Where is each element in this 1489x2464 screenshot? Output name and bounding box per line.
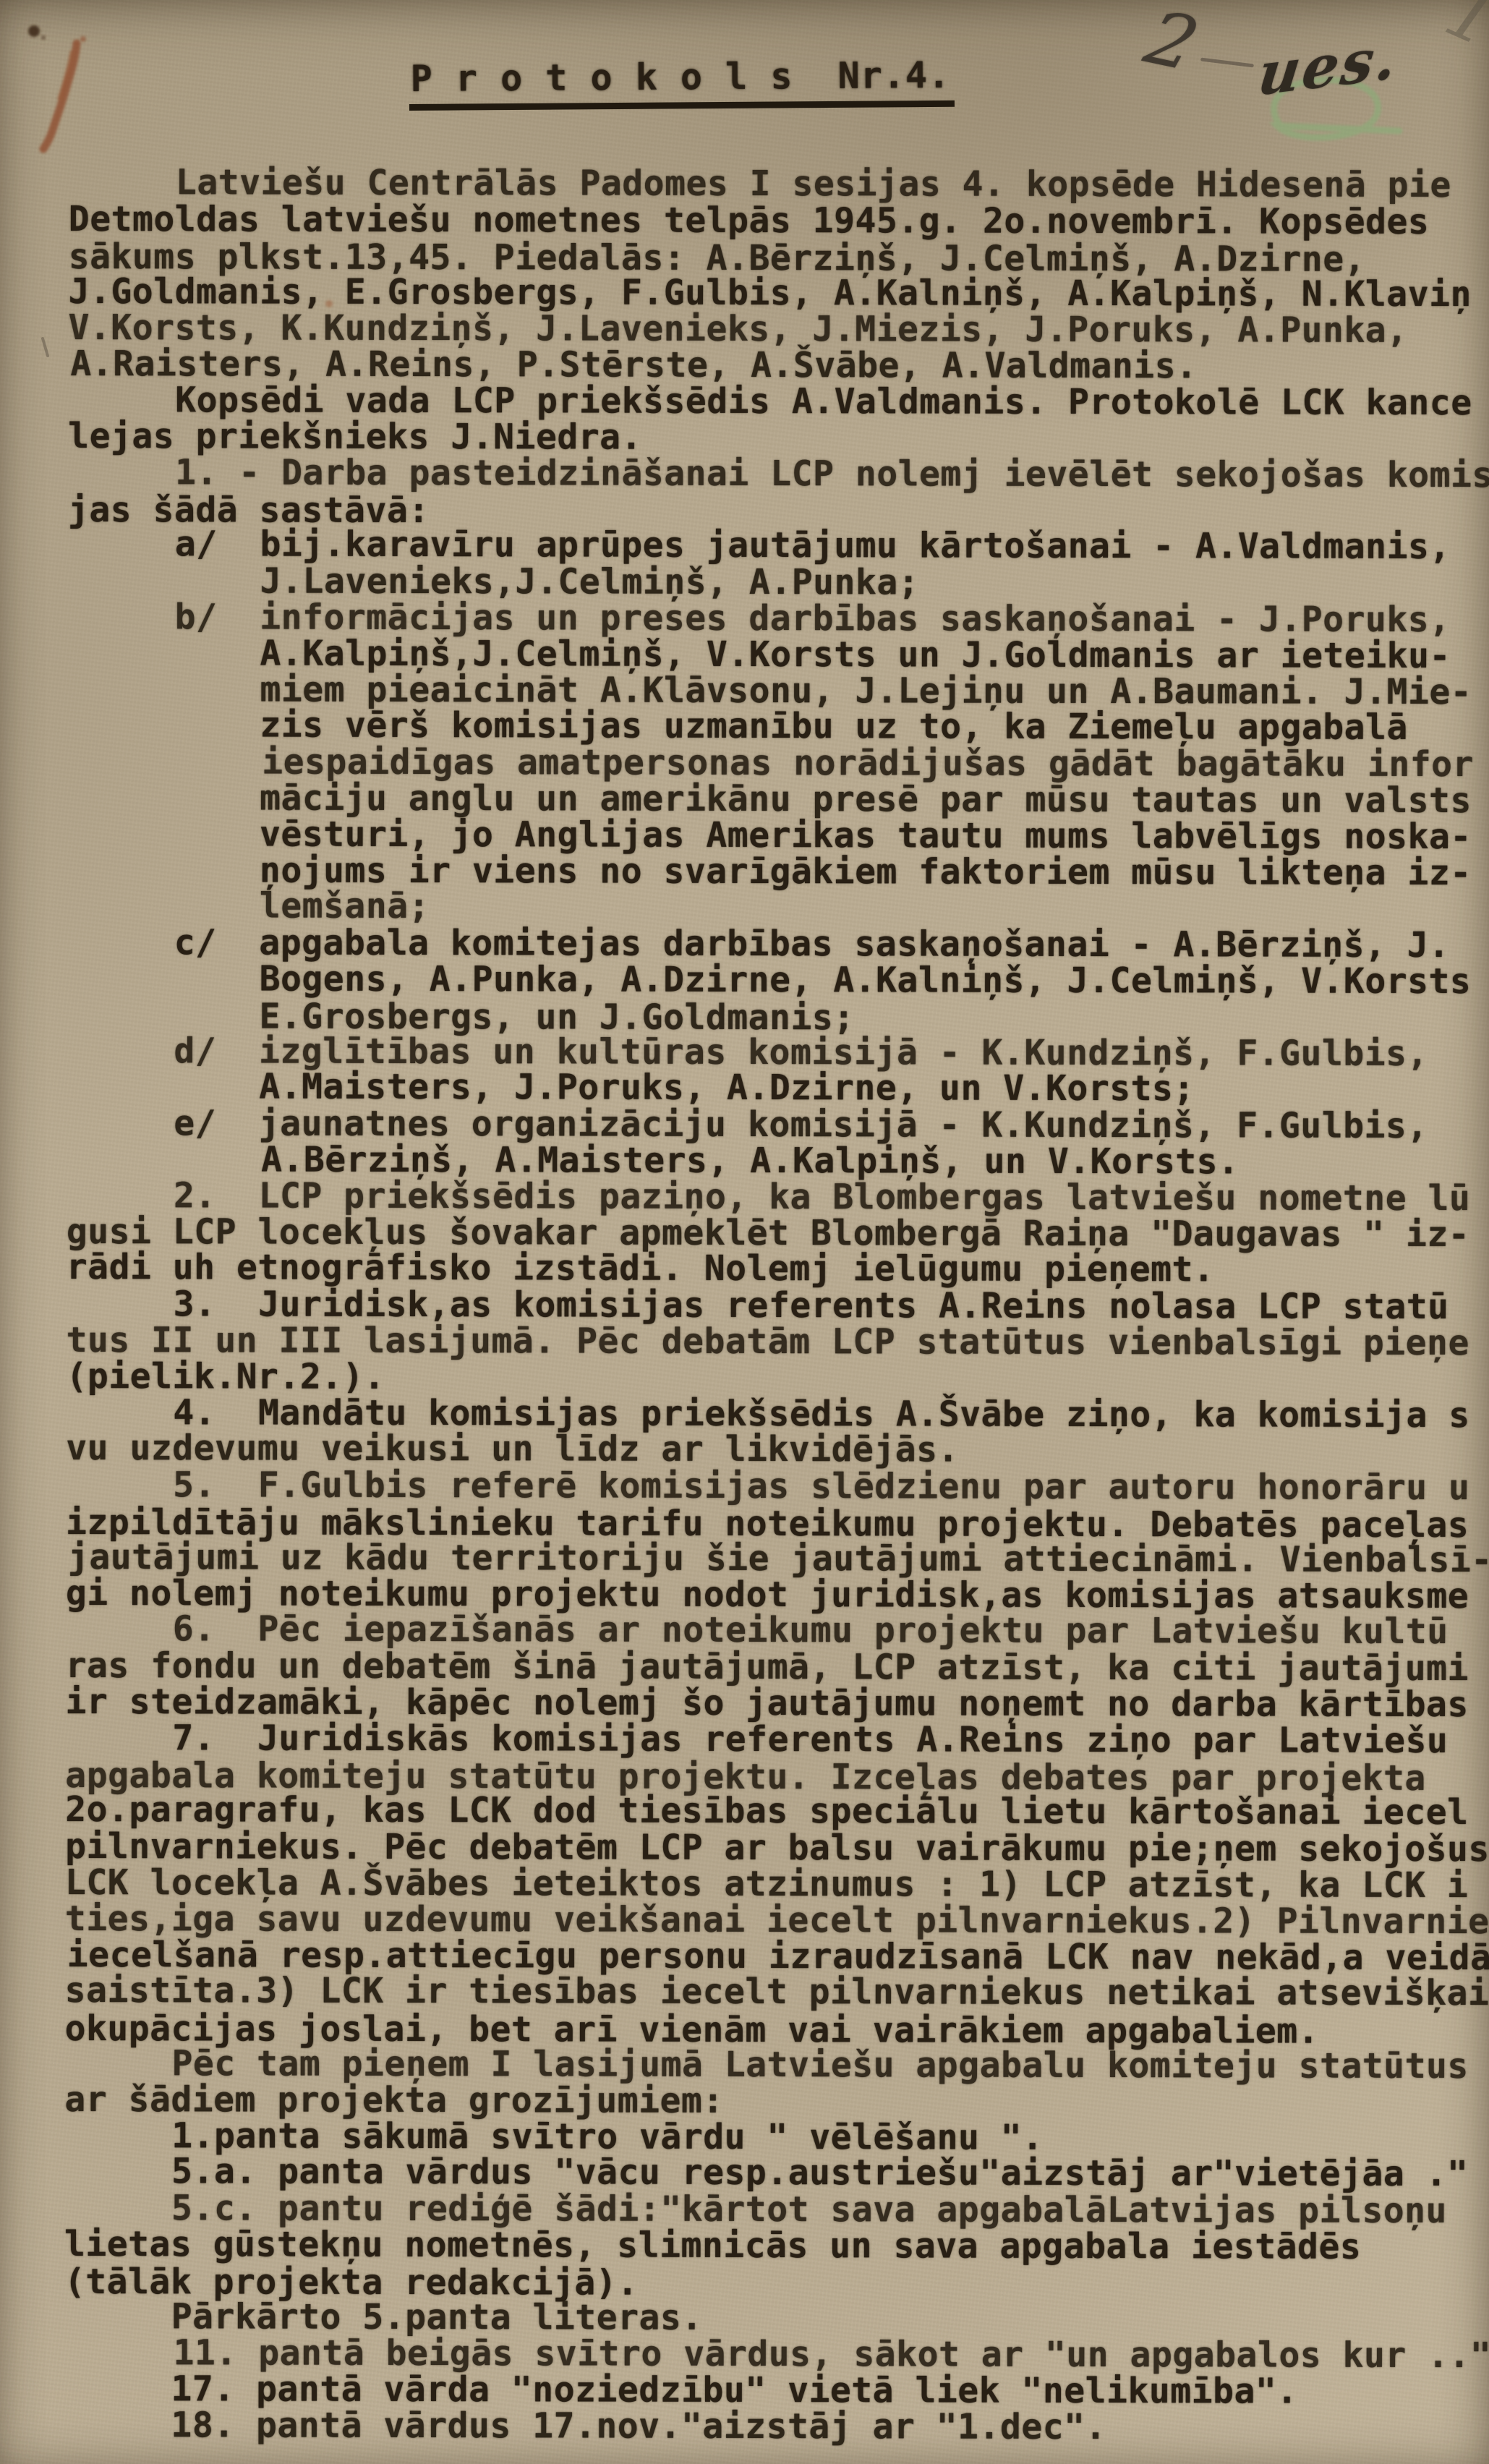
document-line: vu uzdevumu veikusi un līdz ar likvidējā… [66, 1430, 1489, 1470]
document-line: vēsturi, jo Anglijas Amerikas tautu mums… [67, 816, 1489, 856]
document-line: lejas priekšnieks J.Niedra. [68, 418, 1489, 458]
document-line: J.Lavenieks,J.Celmiņš, A.Punka; [68, 563, 1489, 602]
document-line: 5.a. panta vārdus "vācu resp.austriešu"a… [64, 2153, 1489, 2193]
document-line: A.Kalpiņš,J.Celmiņš, V.Korsts un J.Goldm… [68, 635, 1489, 675]
document-line: Bogens, A.Punka, A.Dzirne, A.Kalniņš, J.… [67, 960, 1489, 1000]
document-line: ties,iga savu uzdevumu veikšanai iecelt … [65, 1901, 1489, 1940]
typewritten-document: P r o t o k o l s Nr.4. Latviešu Centrāl… [0, 0, 1489, 2464]
document-line: Latviešu Centrālās Padomes I sesijas 4. … [69, 164, 1489, 204]
document-line: lietas gūstekņu nometnēs, slimnicās un s… [64, 2226, 1489, 2266]
document-line: A.Raisters, A.Reins, P.Stērste, A.Švābe,… [70, 346, 1489, 385]
document-line: 3. Juridisk,as komisijas referents A.Rei… [67, 1286, 1489, 1326]
document-line: 1. - Darba pasteidzināšanai LCP nolemj i… [68, 454, 1489, 494]
document-body: Latviešu Centrālās Padomes I sesijas 4. … [64, 165, 1489, 2447]
document-line: rādi uh etnogrāfisko izstādi. Nolemj iel… [67, 1249, 1489, 1289]
document-line: jautājumi uz kādu territoriju šie jautāj… [68, 1539, 1489, 1579]
document-line: zis vērš komisijas uzmanību uz to, ka Zi… [67, 707, 1489, 746]
document-line: ir steidzamāki, kāpēc nolemj šo jautājum… [65, 1684, 1489, 1723]
document-line: pilnvarniekus. Pēc debatēm LCP ar balsu … [65, 1828, 1489, 1868]
document-line: ras fondu un debatēm šinā jautājumā, LCP… [66, 1647, 1489, 1687]
document-line: 5.c. pantu rediģē šādi:"kārtot sava apga… [64, 2190, 1489, 2230]
document-line: 18. pantā vārdus 17.nov."aizstāj ar "1.d… [64, 2407, 1489, 2447]
document-line: 6. Pēc iepazīšanās ar noteikumu projektu… [66, 1611, 1489, 1650]
document-line: māciju anglu un amerikānu presē par mūsu… [67, 780, 1489, 819]
document-line: a/ bij.karavīru aprūpes jautājumu kārtoš… [68, 526, 1489, 566]
document-line: Pārkārto 5.panta literas. [64, 2298, 1489, 2338]
document-line: c/ apgabala komitejas darbības saskaņoša… [67, 924, 1489, 964]
document-line: 2. LCP priekšsēdis paziņo, ka Blombergas… [67, 1177, 1489, 1217]
document-line: ar šādiem projekta grozījumiem: [64, 2081, 1489, 2121]
document-line: Detmoldas latviešu nometnes telpās 1945.… [69, 201, 1489, 241]
document-line: 7. Juridiskās komisijas referents A.Rein… [65, 1720, 1489, 1760]
document-line: A.Bērziņš, A.Maisters, A.Kalpiņš, un V.K… [69, 1141, 1489, 1181]
document-line: iespaidīgas amatpersonas norādijušas gād… [69, 743, 1489, 783]
document-line: V.Korsts, K.Kundziņš, J.Lavenieks, J.Mie… [68, 310, 1489, 349]
document-line: LCK locekļa A.Švābes ieteiktos atzinumus… [65, 1864, 1489, 1904]
scanned-protocol-page: 2 ues. 11 P r o t o k o l s Nr.4. Latvie… [0, 0, 1489, 2464]
document-line: saistīta.3) LCK ir tiesības iecelt pilnv… [65, 1972, 1489, 2012]
document-line: sākums plkst.13,45. Piedalās: A.Bērziņš,… [69, 239, 1489, 278]
document-line: e/ jaunatnes organizāciju komisijā - K.K… [67, 1105, 1489, 1145]
document-line: A.Maisters, J.Poruks, A.Dzirne, un V.Kor… [67, 1068, 1489, 1108]
document-line: tus II un III lasijumā. Pēc debatām LCP … [67, 1322, 1489, 1362]
document-line: 5. F.Gulbis referē komisijas slēdzienu p… [66, 1467, 1489, 1506]
document-line: 2o.paragrafu, kas LCK dod tiesības speci… [65, 1791, 1489, 1831]
document-line: 11. pantā beigās svītro vārdus, sākot ar… [67, 2335, 1489, 2374]
document-line: 17. pantā vārda "noziedzību" vietā liek … [64, 2371, 1489, 2410]
document-line: Pēc tam pieņem I lasijumā Latviešu apgab… [64, 2045, 1489, 2085]
document-line: lemšanā; [67, 887, 1489, 927]
document-line: b/ informācijas un preses darbības saska… [68, 599, 1489, 639]
document-line: Kopsēdi vada LCP priekšsēdis A.Valdmanis… [68, 382, 1489, 422]
document-line: (pielik.Nr.2.). [66, 1358, 1489, 1398]
document-title: P r o t o k o l s Nr.4. [409, 56, 955, 111]
